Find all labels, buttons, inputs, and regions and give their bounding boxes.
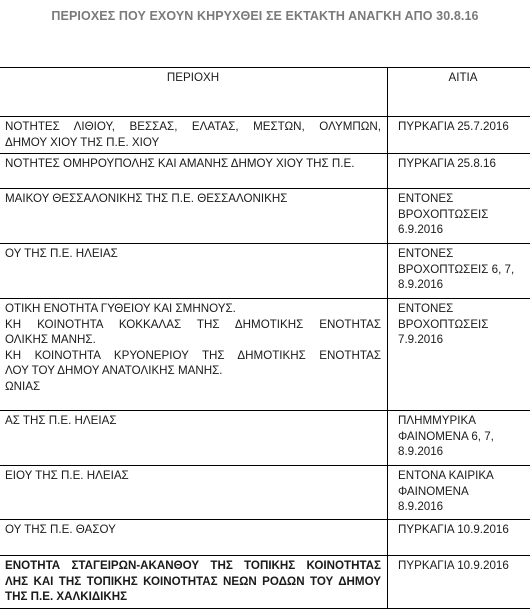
table-row: ΕΝΟΤΗΤΑ ΣΤΑΓΕΙΡΩΝ-ΑΚΑΝΘΟΥ ΤΗΣ ΤΟΠΙΚΗΣ ΚΟ… — [0, 556, 530, 609]
cause-cell: ΠΥΡΚΑΓΙΑ 25.7.2016 — [388, 117, 530, 154]
cause-line: 8.9.2016 — [398, 499, 530, 515]
cause-line: 6.9.2016 — [398, 222, 530, 238]
area-line: ΛΟΥ ΤΟΥ ΔΗΜΟΥ ΑΝΑΤΟΛΙΚΗΣ ΜΑΝΗΣ. — [5, 363, 381, 379]
cause-cell: ΠΛΗΜΜΥΡΙΚΑΦΑΙΝΟΜΕΝΑ 6, 7,8.9.2016 — [388, 411, 530, 466]
area-line: ΟΛΙΚΗΣ ΜΑΝΗΣ. — [5, 332, 381, 348]
cause-line: ΦΑΙΝΟΜΕΝΑ — [398, 484, 530, 500]
area-line: ΔΗΜΟΥ ΧΙΟΥ ΤΗΣ Π.Ε. ΧΙΟΥ — [5, 135, 381, 151]
area-line: ΝΟΤΗΤΕΣ ΟΜΗΡΟΥΠΟΛΗΣ ΚΑΙ ΑΜΑΝΗΣ ΔΗΜΟΥ ΧΙΟ… — [5, 156, 381, 172]
area-line: ΤΗΣ Π.Ε. ΧΑΛΚΙΔΙΚΗΣ — [5, 589, 381, 605]
document-title: ΠΕΡΙΟΧΕΣ ΠΟΥ ΕΧΟΥΝ ΚΗΡΥΧΘΕΙ ΣΕ ΕΚΤΑΚΤΗ Α… — [0, 9, 530, 23]
area-line: ΟΥ ΤΗΣ Π.Ε. ΗΛΕΙΑΣ — [5, 246, 381, 262]
cause-line: ΠΥΡΚΑΓΙΑ 25.7.2016 — [398, 119, 530, 135]
area-line: ΕΙΟΥ ΤΗΣ Π.Ε. ΗΛΕΙΑΣ — [5, 468, 381, 484]
cause-line: 7.9.2016 — [398, 332, 530, 348]
cause-line: ΦΑΙΝΟΜΕΝΑ 6, 7, — [398, 429, 530, 445]
table-row: ΜΑΙΚΟΥ ΘΕΣΣΑΛΟΝΙΚΗΣ ΤΗΣ Π.Ε. ΘΕΣΣΑΛΟΝΙΚΗ… — [0, 189, 530, 244]
area-line: ΑΣ ΤΗΣ Π.Ε. ΗΛΕΙΑΣ — [5, 413, 381, 429]
area-cell: ΝΟΤΗΤΕΣ ΛΙΘΙΟΥ, ΒΕΣΣΑΣ, ΕΛΑΤΑΣ, ΜΕΣΤΩΝ, … — [0, 117, 388, 154]
cause-line: ΕΝΤΟΝΕΣ — [398, 191, 530, 207]
area-line: ΚΗ ΚΟΙΝΟΤΗΤΑ ΚΟΚΚΑΛΑΣ ΤΗΣ ΔΗΜΟΤΙΚΗΣ ΕΝΟΤ… — [5, 317, 381, 333]
area-cell: ΟΥ ΤΗΣ Π.Ε. ΗΛΕΙΑΣ — [0, 244, 388, 299]
cause-cell: ΕΝΤΟΝΕΣΒΡΟΧΟΠΤΩΣΕΙΣ7.9.2016 — [388, 299, 530, 411]
cause-line: ΕΝΤΟΝΑ ΚΑΙΡΙΚΑ — [398, 468, 530, 484]
cause-line: 8.9.2016 — [398, 277, 530, 293]
cause-line: ΠΥΡΚΑΓΙΑ 10.9.2016 — [398, 522, 530, 538]
cause-cell: ΠΥΡΚΑΓΙΑ 25.8.16 — [388, 154, 530, 189]
area-cell: ΟΥ ΤΗΣ Π.Ε. ΘΑΣΟΥ — [0, 520, 388, 556]
table-row: ΝΟΤΗΤΕΣ ΟΜΗΡΟΥΠΟΛΗΣ ΚΑΙ ΑΜΑΝΗΣ ΔΗΜΟΥ ΧΙΟ… — [0, 154, 530, 189]
cause-line: ΠΥΡΚΑΓΙΑ 25.8.16 — [398, 156, 530, 172]
table-row: ΑΣ ΤΗΣ Π.Ε. ΗΛΕΙΑΣΠΛΗΜΜΥΡΙΚΑΦΑΙΝΟΜΕΝΑ 6,… — [0, 411, 530, 466]
area-cell: ΑΣ ΤΗΣ Π.Ε. ΗΛΕΙΑΣ — [0, 411, 388, 466]
area-line: ΩΝΙΑΣ — [5, 379, 381, 395]
cause-line: ΒΡΟΧΟΠΤΩΣΕΙΣ 6, 7, — [398, 262, 530, 278]
table-row: ΟΤΙΚΗ ΕΝΟΤΗΤΑ ΓΥΘΕΙΟΥ ΚΑΙ ΣΜΗΝΟΥΣ.ΚΗ ΚΟΙ… — [0, 299, 530, 411]
area-line: ΟΤΙΚΗ ΕΝΟΤΗΤΑ ΓΥΘΕΙΟΥ ΚΑΙ ΣΜΗΝΟΥΣ. — [5, 301, 381, 317]
cause-cell: ΠΥΡΚΑΓΙΑ 10.9.2016 — [388, 520, 530, 556]
cause-cell: ΕΝΤΟΝΕΣΒΡΟΧΟΠΤΩΣΕΙΣ 6, 7,8.9.2016 — [388, 244, 530, 299]
cause-line: ΒΡΟΧΟΠΤΩΣΕΙΣ — [398, 207, 530, 223]
area-cell: ΕΝΟΤΗΤΑ ΣΤΑΓΕΙΡΩΝ-ΑΚΑΝΘΟΥ ΤΗΣ ΤΟΠΙΚΗΣ ΚΟ… — [0, 556, 388, 609]
area-line: ΟΥ ΤΗΣ Π.Ε. ΘΑΣΟΥ — [5, 522, 381, 538]
cause-cell: ΕΝΤΟΝΑ ΚΑΙΡΙΚΑΦΑΙΝΟΜΕΝΑ8.9.2016 — [388, 466, 530, 520]
table-row: ΝΟΤΗΤΕΣ ΛΙΘΙΟΥ, ΒΕΣΣΑΣ, ΕΛΑΤΑΣ, ΜΕΣΤΩΝ, … — [0, 117, 530, 154]
cause-line: ΠΥΡΚΑΓΙΑ 10.9.2016 — [398, 558, 530, 574]
cause-line: ΒΡΟΧΟΠΤΩΣΕΙΣ — [398, 317, 530, 333]
area-line: ΛΗΣ ΚΑΙ ΤΗΣ ΤΟΠΙΚΗΣ ΚΟΙΝΟΤΗΤΑΣ ΝΕΩΝ ΡΟΔΩ… — [5, 574, 381, 590]
cause-line: 8.9.2016 — [398, 444, 530, 460]
header-area: ΠΕΡΙΟΧΗ — [0, 68, 388, 117]
area-cell: ΜΑΙΚΟΥ ΘΕΣΣΑΛΟΝΙΚΗΣ ΤΗΣ Π.Ε. ΘΕΣΣΑΛΟΝΙΚΗ… — [0, 189, 388, 244]
cause-line: ΕΝΤΟΝΕΣ — [398, 301, 530, 317]
cause-cell: ΠΥΡΚΑΓΙΑ 10.9.2016 — [388, 556, 530, 609]
area-line: ΝΟΤΗΤΕΣ ΛΙΘΙΟΥ, ΒΕΣΣΑΣ, ΕΛΑΤΑΣ, ΜΕΣΤΩΝ, … — [5, 119, 381, 135]
table-header-row: ΠΕΡΙΟΧΗ ΑΙΤΙΑ — [0, 68, 530, 117]
area-line: ΜΑΙΚΟΥ ΘΕΣΣΑΛΟΝΙΚΗΣ ΤΗΣ Π.Ε. ΘΕΣΣΑΛΟΝΙΚΗ… — [5, 191, 381, 207]
area-line: ΚΗ ΚΟΙΝΟΤΗΤΑ ΚΡΥΟΝΕΡΙΟΥ ΤΗΣ ΔΗΜΟΤΙΚΗΣ ΕΝ… — [5, 348, 381, 364]
cause-cell: ΕΝΤΟΝΕΣΒΡΟΧΟΠΤΩΣΕΙΣ6.9.2016 — [388, 189, 530, 244]
header-cause: ΑΙΤΙΑ — [388, 68, 530, 117]
table-row: ΟΥ ΤΗΣ Π.Ε. ΗΛΕΙΑΣΕΝΤΟΝΕΣΒΡΟΧΟΠΤΩΣΕΙΣ 6,… — [0, 244, 530, 299]
emergency-areas-table: ΠΕΡΙΟΧΗ ΑΙΤΙΑ ΝΟΤΗΤΕΣ ΛΙΘΙΟΥ, ΒΕΣΣΑΣ, ΕΛ… — [0, 67, 530, 609]
table-row: ΟΥ ΤΗΣ Π.Ε. ΘΑΣΟΥΠΥΡΚΑΓΙΑ 10.9.2016 — [0, 520, 530, 556]
table-row: ΕΙΟΥ ΤΗΣ Π.Ε. ΗΛΕΙΑΣΕΝΤΟΝΑ ΚΑΙΡΙΚΑΦΑΙΝΟΜ… — [0, 466, 530, 520]
area-line: ΕΝΟΤΗΤΑ ΣΤΑΓΕΙΡΩΝ-ΑΚΑΝΘΟΥ ΤΗΣ ΤΟΠΙΚΗΣ ΚΟ… — [5, 558, 381, 574]
area-cell: ΟΤΙΚΗ ΕΝΟΤΗΤΑ ΓΥΘΕΙΟΥ ΚΑΙ ΣΜΗΝΟΥΣ.ΚΗ ΚΟΙ… — [0, 299, 388, 411]
area-cell: ΕΙΟΥ ΤΗΣ Π.Ε. ΗΛΕΙΑΣ — [0, 466, 388, 520]
area-cell: ΝΟΤΗΤΕΣ ΟΜΗΡΟΥΠΟΛΗΣ ΚΑΙ ΑΜΑΝΗΣ ΔΗΜΟΥ ΧΙΟ… — [0, 154, 388, 189]
cause-line: ΠΛΗΜΜΥΡΙΚΑ — [398, 413, 530, 429]
cause-line: ΕΝΤΟΝΕΣ — [398, 246, 530, 262]
